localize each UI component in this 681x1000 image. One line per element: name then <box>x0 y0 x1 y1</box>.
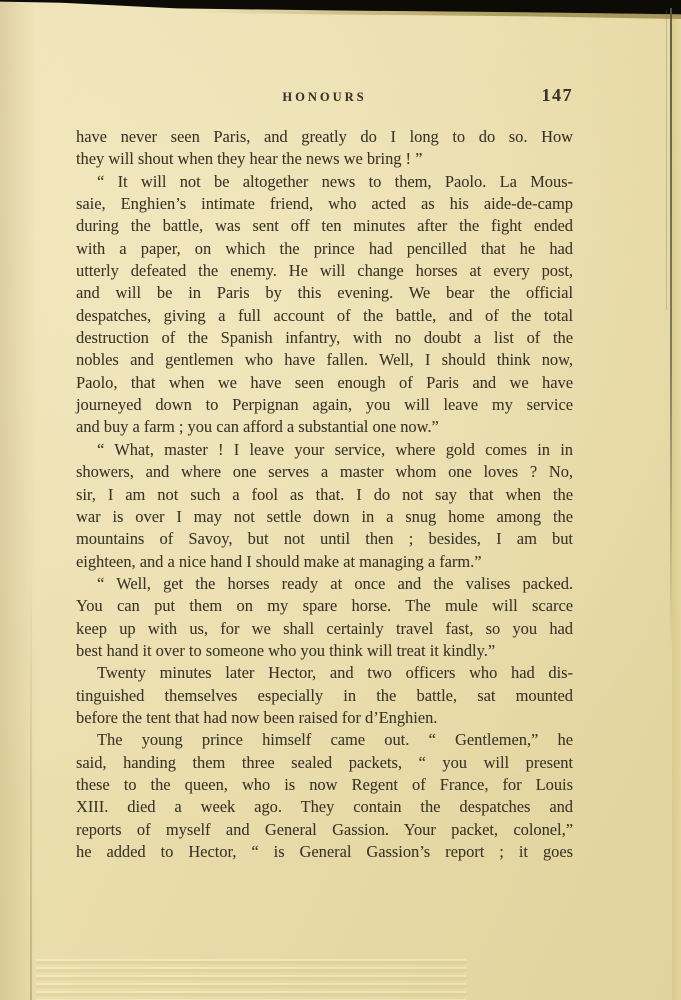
text-line: have never seen Paris, and greatly do I … <box>76 126 573 148</box>
text-line: utterly defeated the enemy. He will chan… <box>76 260 573 282</box>
text-line: “ It will not be altogether news to them… <box>76 171 573 193</box>
text-line: destruction of the Spanish infantry, wit… <box>76 327 573 349</box>
text-line: XIII. died a week ago. They contain the … <box>76 796 573 818</box>
text-line: despatches, giving a full account of the… <box>76 305 573 327</box>
text-line: eighteen, and a nice hand I should make … <box>76 551 573 573</box>
page-edge-line <box>670 8 672 653</box>
page-edge-line-soft <box>666 10 667 310</box>
text-line: nobles and gentlemen who have fallen. We… <box>76 349 573 371</box>
running-header: HONOURS 147 <box>76 90 573 105</box>
text-line: before the tent that had now been raised… <box>76 707 573 729</box>
text-line: “ Well, get the horses ready at once and… <box>76 573 573 595</box>
text-line: saie, Enghien’s intimate friend, who act… <box>76 193 573 215</box>
paragraph: “ Well, get the horses ready at once and… <box>76 573 573 662</box>
text-line: and will be in Paris by this evening. We… <box>76 282 573 304</box>
page-bottom-texture <box>36 956 466 1000</box>
text-line: tinguished themselves especially in the … <box>76 685 573 707</box>
text-line: said, handing them three sealed packets,… <box>76 752 573 774</box>
gutter-crease-line <box>30 550 32 1000</box>
text-line: sir, I am not such a fool as that. I do … <box>76 484 573 506</box>
text-line: war is over I may not settle down in a s… <box>76 506 573 528</box>
text-line: they will shout when they hear the news … <box>76 148 573 170</box>
text-line: these to the queen, who is now Regent of… <box>76 774 573 796</box>
text-line: keep up with us, for we shall certainly … <box>76 618 573 640</box>
page-text: have never seen Paris, and greatly do I … <box>76 126 573 863</box>
text-line: “ What, master ! I leave your service, w… <box>76 439 573 461</box>
text-line: reports of myself and General Gassion. Y… <box>76 819 573 841</box>
text-line: mountains of Savoy, but not until then ;… <box>76 528 573 550</box>
text-line: The young prince himself came out. “ Gen… <box>76 729 573 751</box>
page-number: 147 <box>542 85 574 106</box>
text-line: showers, and where one serves a master w… <box>76 461 573 483</box>
under-pages-strip <box>672 4 681 1000</box>
paragraph: have never seen Paris, and greatly do I … <box>76 126 573 171</box>
text-line: with a paper, on which the prince had pe… <box>76 238 573 260</box>
paragraph: The young prince himself came out. “ Gen… <box>76 729 573 863</box>
text-line: he added to Hector, “ is General Gassion… <box>76 841 573 863</box>
text-line: journeyed down to Perpignan again, you w… <box>76 394 573 416</box>
text-line: Twenty minutes later Hector, and two off… <box>76 662 573 684</box>
paragraph: “ What, master ! I leave your service, w… <box>76 439 573 573</box>
text-line: You can put them on my spare horse. The … <box>76 595 573 617</box>
paragraph: Twenty minutes later Hector, and two off… <box>76 662 573 729</box>
text-line: Paolo, that when we have seen enough of … <box>76 372 573 394</box>
text-line: best hand it over to someone who you thi… <box>76 640 573 662</box>
page-header-title: HONOURS <box>76 90 573 105</box>
text-line: during the battle, was sent off ten minu… <box>76 215 573 237</box>
scanned-book-page: HONOURS 147 have never seen Paris, and g… <box>0 0 681 1000</box>
text-line: and buy a farm ; you can afford a substa… <box>76 416 573 438</box>
paragraph: “ It will not be altogether news to them… <box>76 171 573 439</box>
